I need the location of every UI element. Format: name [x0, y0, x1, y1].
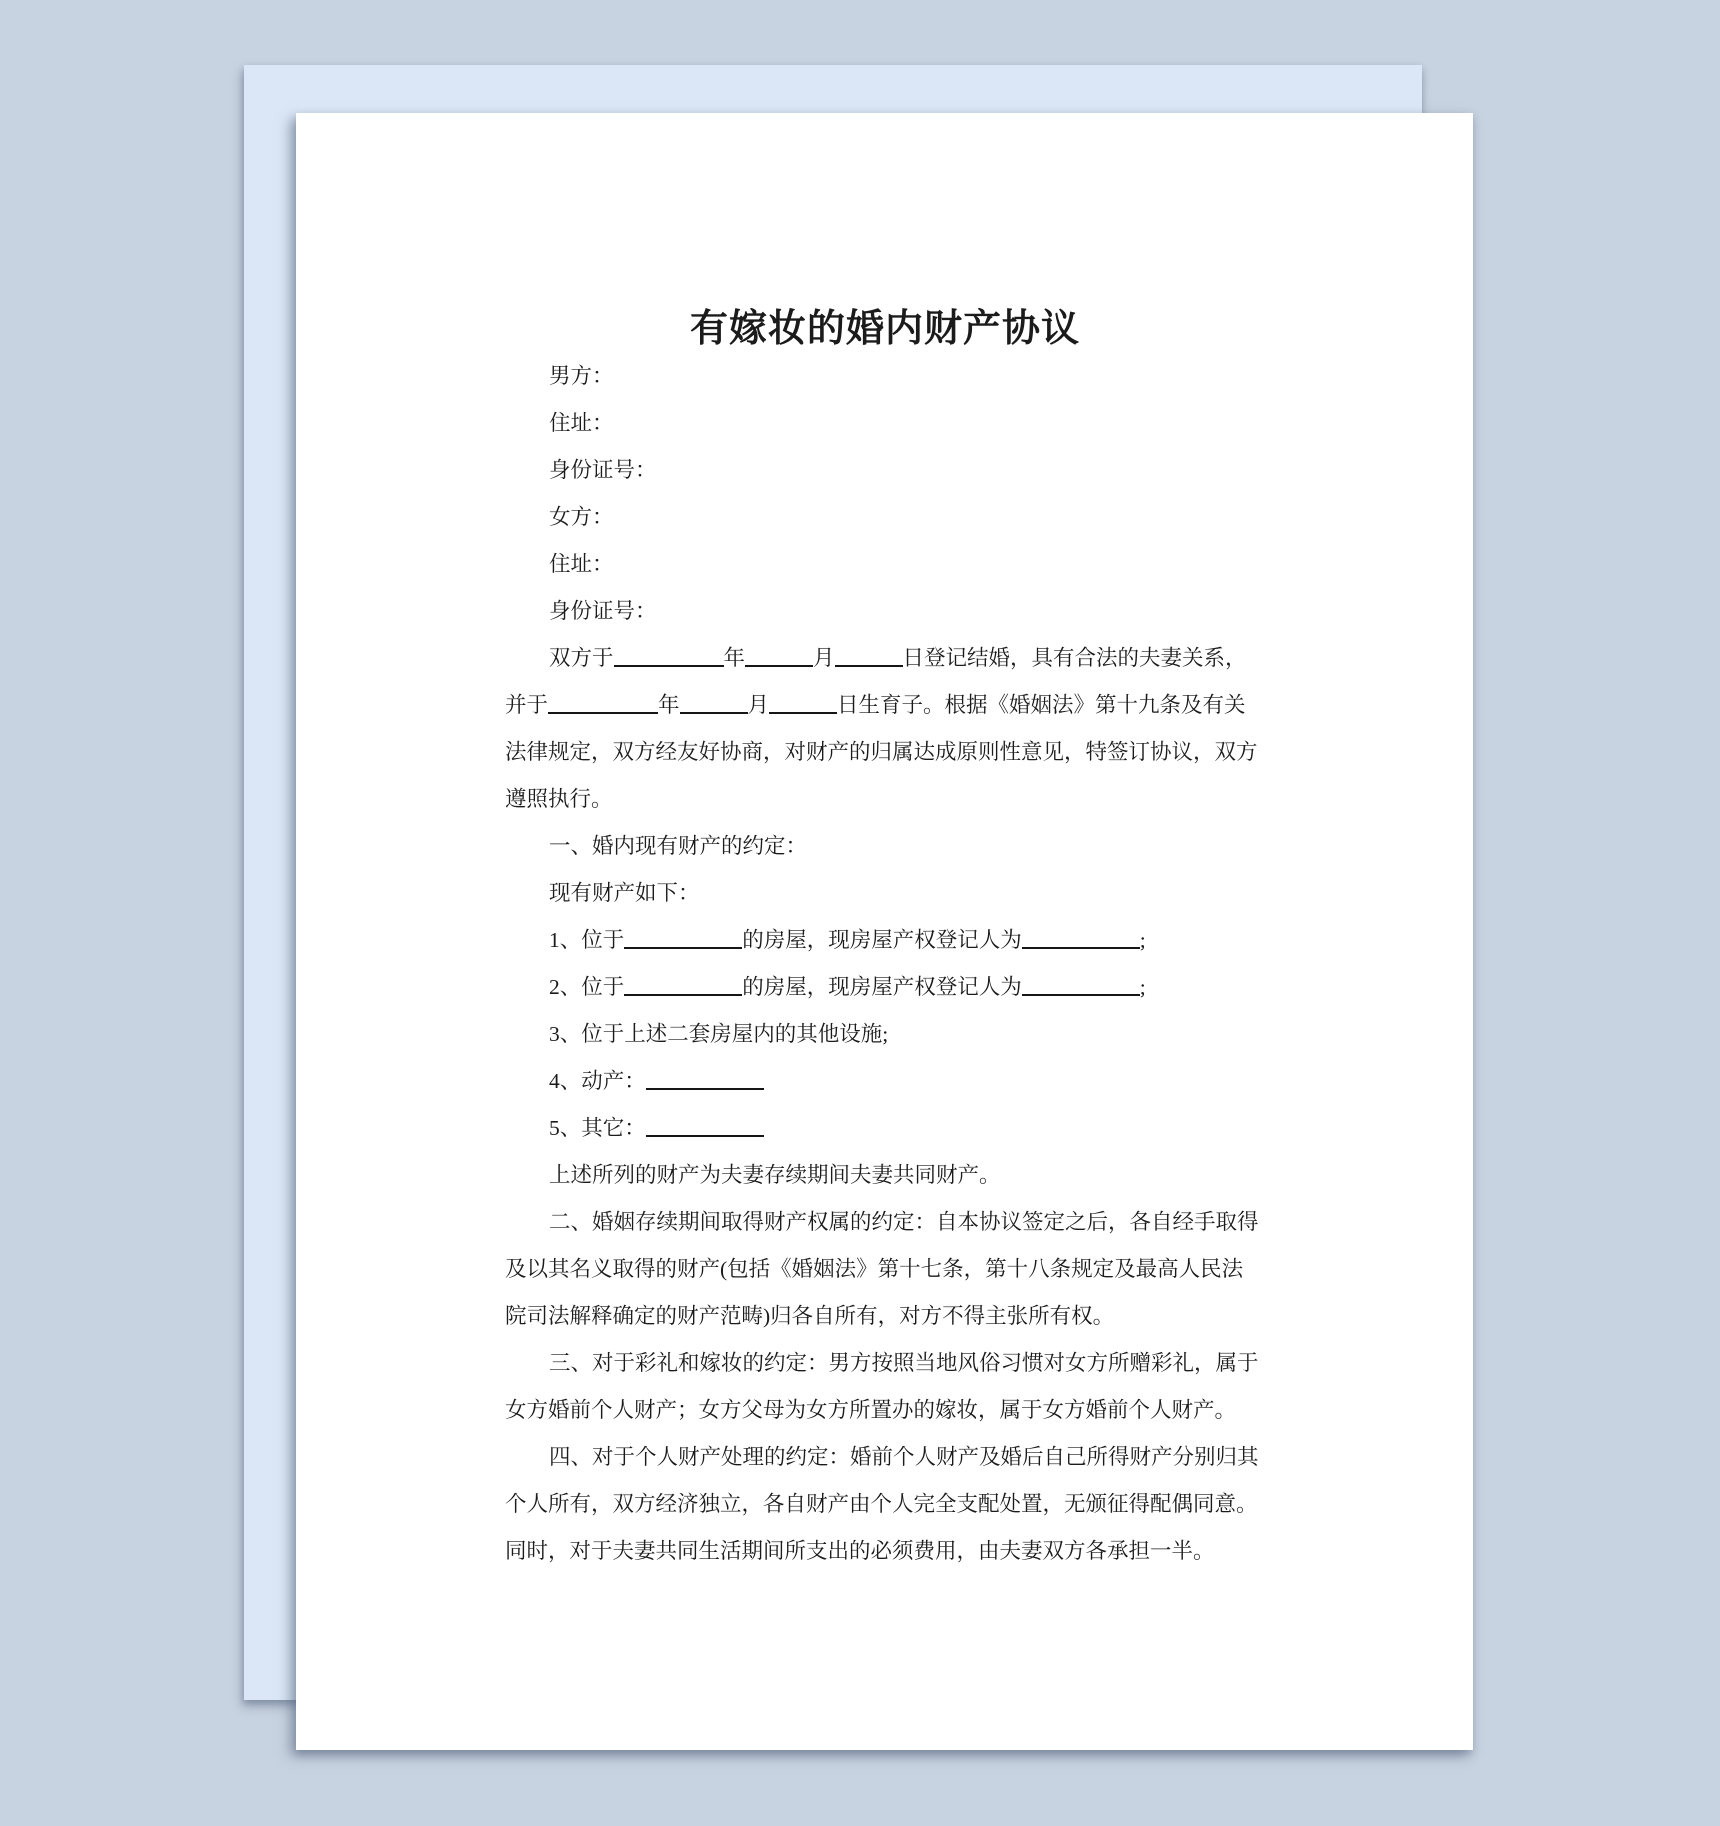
document-title: 有嫁妆的婚内财产协议 — [505, 306, 1265, 353]
document-page: 有嫁妆的婚内财产协议 男方：住址：身份证号：女方：住址：身份证号：双方于年月日登… — [296, 113, 1473, 1750]
fill-in-blank — [646, 1135, 764, 1137]
fill-in-blank — [646, 1088, 764, 1090]
document-line: 5、其它： — [505, 1105, 1271, 1152]
document-line: 并于年月日生育子。根据《婚姻法》第十九条及有关 — [505, 682, 1271, 729]
document-line: 上述所列的财产为夫妻存续期间夫妻共同财产。 — [505, 1152, 1271, 1199]
document-body: 男方：住址：身份证号：女方：住址：身份证号：双方于年月日登记结婚，具有合法的夫妻… — [505, 353, 1271, 1575]
document-line: 个人所有，双方经济独立，各自财产由个人完全支配处置，无颁征得配偶同意。 — [505, 1481, 1271, 1528]
document-line: 院司法解释确定的财产范畴)归各自所有，对方不得主张所有权。 — [505, 1293, 1271, 1340]
document-line: 遵照执行。 — [505, 776, 1271, 823]
document-line: 女方： — [505, 494, 1271, 541]
document-line: 及以其名义取得的财产(包括《婚姻法》第十七条，第十八条规定及最高人民法 — [505, 1246, 1271, 1293]
document-line: 现有财产如下： — [505, 870, 1271, 917]
document-line: 4、动产： — [505, 1058, 1271, 1105]
fill-in-blank — [624, 947, 742, 949]
document-line: 四、对于个人财产处理的约定：婚前个人财产及婚后自己所得财产分别归其 — [505, 1434, 1271, 1481]
fill-in-blank — [548, 712, 658, 714]
document-line: 身份证号： — [505, 447, 1271, 494]
document-line: 三、对于彩礼和嫁妆的约定：男方按照当地风俗习惯对女方所赠彩礼，属于 — [505, 1340, 1271, 1387]
document-line: 3、位于上述二套房屋内的其他设施; — [505, 1011, 1271, 1058]
document-line: 二、婚姻存续期间取得财产权属的约定：自本协议签定之后，各自经手取得 — [505, 1199, 1271, 1246]
document-line: 双方于年月日登记结婚，具有合法的夫妻关系， — [505, 635, 1271, 682]
document-line: 住址： — [505, 400, 1271, 447]
fill-in-blank — [1022, 947, 1140, 949]
document-line: 一、婚内现有财产的约定： — [505, 823, 1271, 870]
fill-in-blank — [769, 712, 837, 714]
fill-in-blank — [624, 994, 742, 996]
fill-in-blank — [680, 712, 748, 714]
fill-in-blank — [1022, 994, 1140, 996]
document-line: 法律规定，双方经友好协商，对财产的归属达成原则性意见，特签订协议，双方 — [505, 729, 1271, 776]
document-line: 身份证号： — [505, 588, 1271, 635]
document-line: 2、位于的房屋，现房屋产权登记人为; — [505, 964, 1271, 1011]
document-line: 住址： — [505, 541, 1271, 588]
document-line: 1、位于的房屋，现房屋产权登记人为; — [505, 917, 1271, 964]
document-line: 男方： — [505, 353, 1271, 400]
document-line: 同时，对于夫妻共同生活期间所支出的必须费用，由夫妻双方各承担一半。 — [505, 1528, 1271, 1575]
fill-in-blank — [745, 665, 813, 667]
fill-in-blank — [614, 665, 724, 667]
screenshot-root: { "colors": { "background": "#c8d3e1", "… — [0, 0, 1720, 1826]
fill-in-blank — [835, 665, 903, 667]
document-line: 女方婚前个人财产；女方父母为女方所置办的嫁妆，属于女方婚前个人财产。 — [505, 1387, 1271, 1434]
